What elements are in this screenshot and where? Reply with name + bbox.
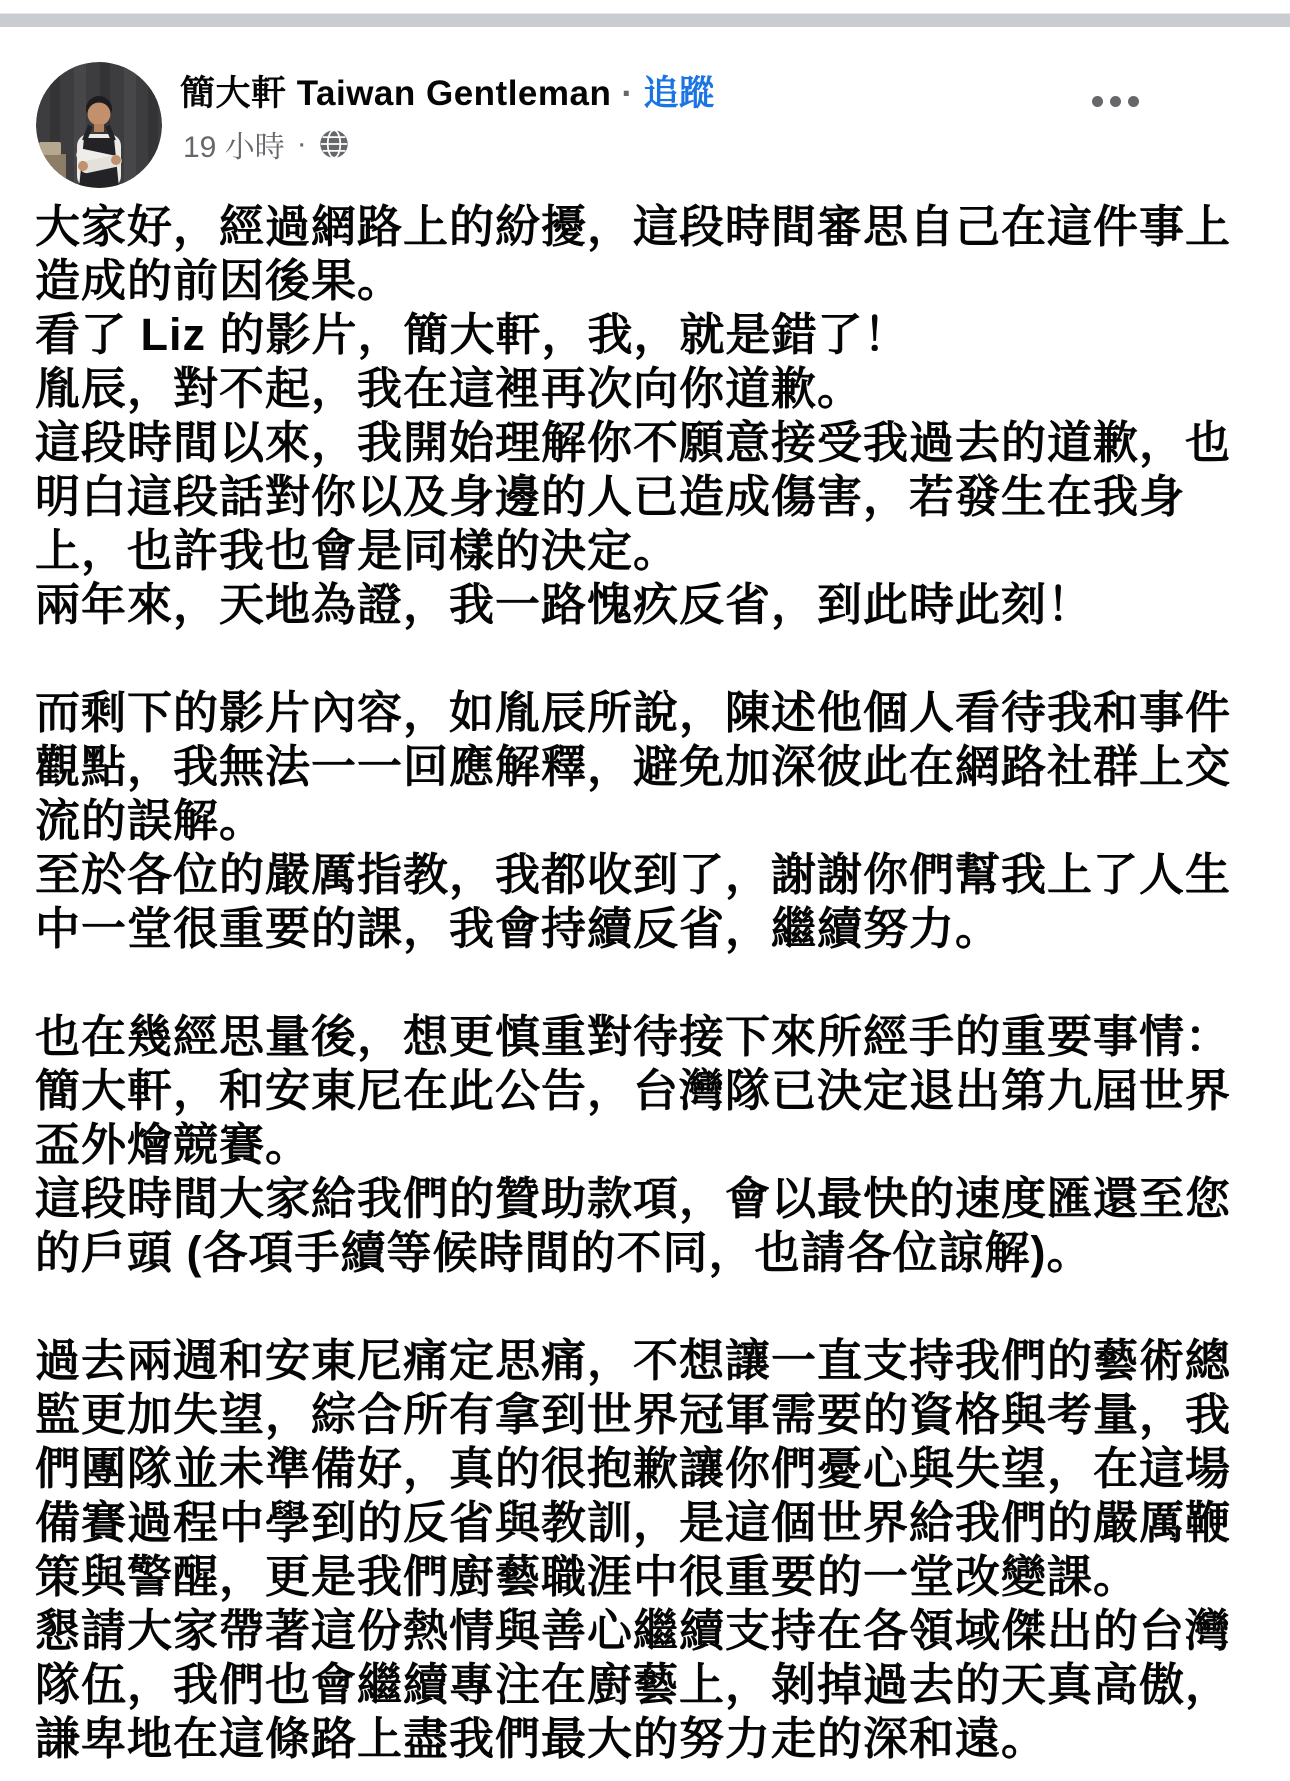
post-text-line: 而剩下的影片內容，如胤辰所說，陳述他個人看待我和事件 [35, 686, 1265, 740]
post-options-button[interactable] [1086, 90, 1145, 113]
post-header-name-row: 簡大軒 Taiwan Gentleman·追蹤 [180, 66, 715, 116]
post-text-line: 流的誤解。 [35, 794, 1265, 848]
post-text-line: 大家好，經過網路上的紛擾，這段時間審思自己在這件事上 [35, 200, 1265, 254]
post-text-line: 也在幾經思量後，想更慎重對待接下來所經手的重要事情： [35, 1010, 1265, 1064]
post-text-line: 備賽過程中學到的反省與教訓，是這個世界給我們的嚴厲鞭 [35, 1496, 1265, 1550]
post-text-line: 隊伍，我們也會繼續專注在廚藝上，剝掉過去的天真高傲， [35, 1658, 1265, 1712]
avatar[interactable] [36, 62, 162, 188]
post-blank-line [35, 632, 1265, 686]
post-text-line: 懇請大家帶著這份熱情與善心繼續支持在各領域傑出的台灣 [35, 1604, 1265, 1658]
chef-portrait-image [36, 62, 162, 188]
meta-separator: · [297, 127, 307, 161]
post-text-line: 明白這段話對你以及身邊的人已造成傷害，若發生在我身 [35, 470, 1265, 524]
ellipsis-icon [1110, 96, 1121, 107]
top-divider [0, 13, 1290, 27]
post-blank-line [35, 956, 1265, 1010]
post-meta-row: 19 小時 · [183, 122, 349, 166]
post-text-line: 中一堂很重要的課，我會持續反省，繼續努力。 [35, 902, 1265, 956]
post-text-line: 上，也許我也會是同樣的決定。 [35, 524, 1265, 578]
profile-name-link[interactable]: 簡大軒 Taiwan Gentleman [180, 74, 611, 113]
post-blank-line [35, 1280, 1265, 1334]
post-text-line: 造成的前因後果。 [35, 254, 1265, 308]
post-text-line: 策與警醒，更是我們廚藝職涯中很重要的一堂改變課。 [35, 1550, 1265, 1604]
ellipsis-icon [1092, 96, 1103, 107]
timestamp-link[interactable]: 19 小時 [183, 122, 285, 166]
post-text-line: 們團隊並未準備好，真的很抱歉讓你們憂心與失望，在這場 [35, 1442, 1265, 1496]
post-text-line: 至於各位的嚴厲指教，我都收到了，謝謝你們幫我上了人生 [35, 848, 1265, 902]
facebook-post-screen: 簡大軒 Taiwan Gentleman·追蹤 19 小時 · 大家好，經過網路… [0, 0, 1290, 1781]
post-text-line: 觀點，我無法一一回應解釋，避免加深彼此在網路社群上交 [35, 740, 1265, 794]
post-text-line: 盃外燴競賽。 [35, 1118, 1265, 1172]
post-text-line: 簡大軒，和安東尼在此公告，台灣隊已決定退出第九屆世界 [35, 1064, 1265, 1118]
ellipsis-icon [1128, 96, 1139, 107]
post-text-line: 謙卑地在這條路上盡我們最大的努力走的深和遠。 [35, 1712, 1265, 1766]
post-text-line: 看了 Liz 的影片，簡大軒，我，就是錯了！ [35, 308, 1265, 362]
globe-icon [319, 129, 349, 159]
post-text-line: 這段時間大家給我們的贊助款項，會以最快的速度匯還至您 [35, 1172, 1265, 1226]
post-text-line: 過去兩週和安東尼痛定思痛，不想讓一直支持我們的藝術總 [35, 1334, 1265, 1388]
name-separator: · [621, 74, 633, 113]
post-text-line: 兩年來，天地為證，我一路愧疚反省，到此時此刻！ [35, 578, 1265, 632]
follow-link[interactable]: 追蹤 [644, 74, 715, 113]
post-text: 大家好，經過網路上的紛擾，這段時間審思自己在這件事上造成的前因後果。看了 Liz… [35, 200, 1265, 1766]
post-text-line: 這段時間以來，我開始理解你不願意接受我過去的道歉，也 [35, 416, 1265, 470]
post-text-line: 胤辰，對不起，我在這裡再次向你道歉。 [35, 362, 1265, 416]
post-text-line: 監更加失望，綜合所有拿到世界冠軍需要的資格與考量，我 [35, 1388, 1265, 1442]
post-text-line: 的戶頭 (各項手續等候時間的不同，也請各位諒解)。 [35, 1226, 1265, 1280]
